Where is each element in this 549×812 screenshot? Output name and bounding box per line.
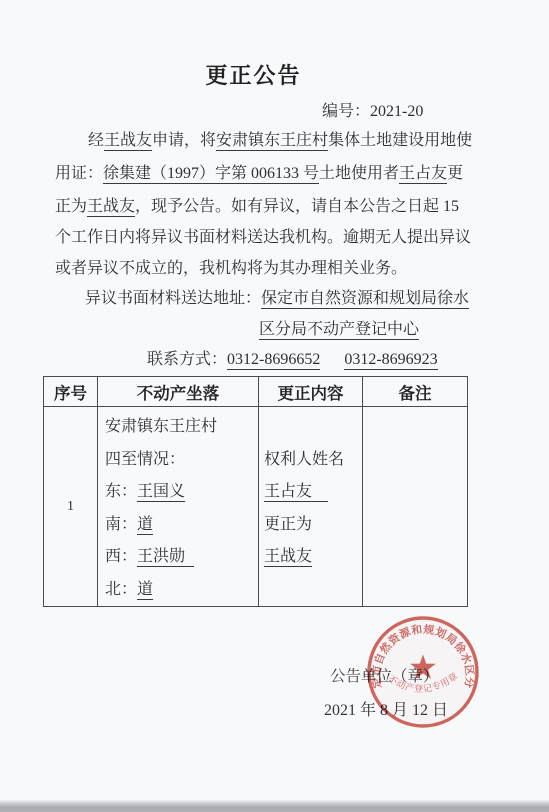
cell-seq: 1: [44, 407, 98, 607]
page-title: 更正公告: [0, 59, 507, 90]
contact-line: 联系方式：0312-86966520312-8696923: [147, 350, 438, 370]
body-line-5: 或者异议不成立的，我机构将为其办理相关业务。: [55, 259, 407, 279]
body-line-4: 个工作日内将异议书面材料送达我机构。逾期无人提出异议: [55, 228, 471, 248]
cell-remark: [363, 407, 468, 607]
correction-table: 序号 不动产坐落 更正内容 备注 1 安肃镇东王庄村 四至情况： 东：王国义 南…: [43, 376, 468, 607]
correction-verb: 更正为: [264, 509, 360, 542]
cell-correction: 权利人姓名 王占友 更正为 王战友: [259, 407, 363, 607]
correction-field: 权利人姓名: [264, 444, 360, 477]
announcement-date: 2021 年 8 月 12 日: [324, 697, 448, 720]
location-north: 北：道: [105, 574, 256, 607]
address-line-1: 异议书面材料送达地址：保定市自然资源和规划局徐水: [85, 289, 469, 309]
header-seq: 序号: [44, 377, 98, 407]
header-remark: 备注: [363, 377, 468, 407]
location-boundaries-label: 四至情况：: [105, 444, 256, 477]
correction-spacer: [264, 411, 360, 444]
correction-old-name: 王占友: [264, 476, 360, 509]
location-village: 安肃镇东王庄村: [105, 411, 256, 444]
location-south: 南：道: [105, 509, 256, 542]
location-west: 西：王洪勋: [105, 541, 256, 574]
location-east: 东：王国义: [105, 476, 256, 509]
body-line-3: 正为王战友，现予公告。如有异议，请自本公告之日起 15: [55, 197, 459, 217]
table-header-row: 序号 不动产坐落 更正内容 备注: [44, 377, 468, 407]
document-page: 更正公告 编号：2021-20 经王战友申请，将安肃镇东王庄村集体土地建设用地使…: [0, 0, 549, 812]
scan-edge-strip: [0, 800, 549, 812]
body-line-2: 用证：徐集建（1997）字第 006133 号土地使用者王占友更: [55, 164, 463, 184]
address-line-2: 区分局不动产登记中心: [259, 320, 419, 340]
body-line-1: 经王战友申请，将安肃镇东王庄村集体土地建设用地使: [88, 131, 472, 151]
header-location: 不动产坐落: [98, 377, 259, 407]
cell-location: 安肃镇东王庄村 四至情况： 东：王国义 南：道 西：王洪勋 北：道: [98, 407, 259, 607]
correction-new-name: 王战友: [264, 541, 360, 574]
header-correction: 更正内容: [259, 377, 363, 407]
doc-number: 编号：2021-20: [322, 98, 423, 121]
table-row: 1 安肃镇东王庄村 四至情况： 东：王国义 南：道 西：王洪勋 北：道 权利人姓…: [44, 407, 468, 607]
announcing-unit-label: 公告单位（章）: [330, 664, 439, 686]
